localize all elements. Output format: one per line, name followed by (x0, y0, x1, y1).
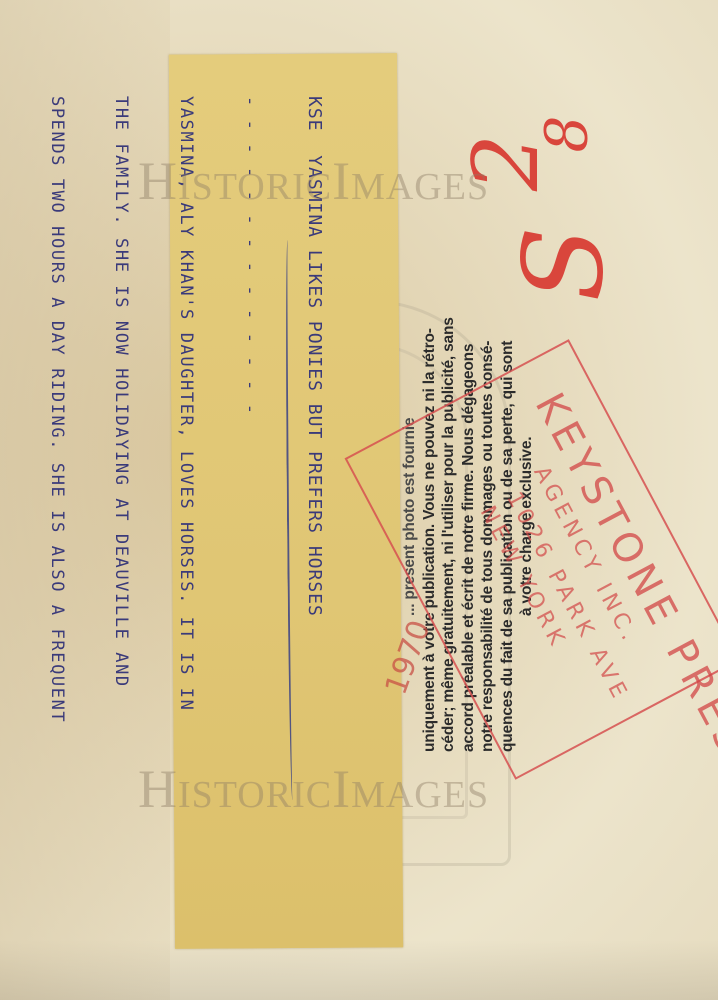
red-pencil-mark-3: S (500, 226, 628, 301)
paper-shading-bottom (0, 940, 718, 1000)
caption-line-4: VISITOR TO THE PONY CLUB. (0, 96, 3, 723)
caption-line-3: SPENDS TWO HOURS A DAY RIDING. SHE IS AL… (46, 96, 68, 723)
watermark-top: HistoricImages (138, 150, 489, 212)
watermark-bottom: HistoricImages (138, 758, 489, 820)
caption-line-2: THE FAMILY. SHE IS NOW HOLIDAYING AT DEA… (110, 96, 132, 723)
red-pencil-mark-2: 8 (532, 116, 600, 153)
headline-text: YASMINA LIKES PONIES BUT PREFERS HORSES (304, 155, 325, 617)
caption-slug: KSE (304, 96, 325, 132)
photo-reverse-side: KSE YASMINA LIKES PONIES BUT PREFERS HOR… (0, 0, 718, 1000)
